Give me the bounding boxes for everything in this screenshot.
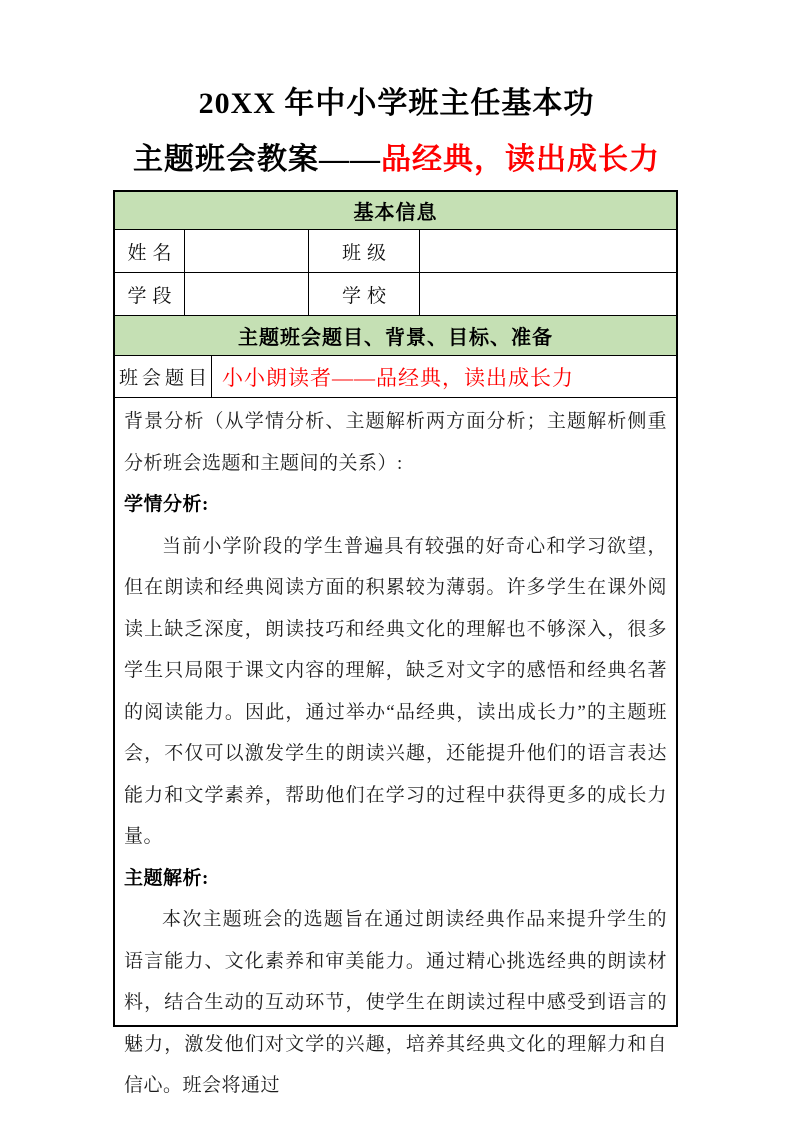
name-label: 姓名 xyxy=(115,230,185,272)
stage-label: 学段 xyxy=(115,273,185,315)
table-row-background-analysis: 背景分析（从学情分析、主题解析两方面分析；主题解析侧重分析班会选题和主题间的关系… xyxy=(115,398,676,1025)
subheading-theme-analysis: 主题解析: xyxy=(124,858,667,900)
background-analysis-intro: 背景分析（从学情分析、主题解析两方面分析；主题解析侧重分析班会选题和主题间的关系… xyxy=(124,401,667,484)
class-input-cell[interactable] xyxy=(420,230,676,272)
topic-value: 小小朗读者——品经典，读出成长力 xyxy=(212,356,676,397)
subheading-student-analysis: 学情分析: xyxy=(124,484,667,526)
document-page: 20XX 年中小学班主任基本功 主题班会教案——品经典，读出成长力 基本信息 姓… xyxy=(0,0,793,1122)
title-line-2-red: 品经典，读出成长力 xyxy=(381,143,660,176)
school-label: 学校 xyxy=(309,273,420,315)
section-header-topic-background-label: 主题班会题目、背景、目标、准备 xyxy=(238,321,553,350)
title-line-2-black: 主题班会教案—— xyxy=(133,143,381,176)
stage-input-cell[interactable] xyxy=(185,273,309,315)
table-row-stage-school: 学段 学校 xyxy=(115,273,676,316)
class-label: 班级 xyxy=(309,230,420,272)
paragraph-theme-analysis: 本次主题班会的选题旨在通过朗读经典作品来提升学生的语言能力、文化素养和审美能力。… xyxy=(124,899,667,1107)
section-header-topic-background: 主题班会题目、背景、目标、准备 xyxy=(115,316,676,356)
document-title: 20XX 年中小学班主任基本功 主题班会教案——品经典，读出成长力 xyxy=(0,76,793,188)
paragraph-student-analysis: 当前小学阶段的学生普遍具有较强的好奇心和学习欲望，但在朗读和经典阅读方面的积累较… xyxy=(124,526,667,858)
lesson-plan-table: 基本信息 姓名 班级 学段 学校 主题班会题目、背景、目标、准备 班会题目 小小… xyxy=(113,190,678,1027)
name-input-cell[interactable] xyxy=(185,230,309,272)
title-line-1: 20XX 年中小学班主任基本功 xyxy=(0,76,793,132)
school-input-cell[interactable] xyxy=(420,273,676,315)
table-row-name-class: 姓名 班级 xyxy=(115,230,676,273)
table-row-topic: 班会题目 小小朗读者——品经典，读出成长力 xyxy=(115,356,676,398)
title-line-2: 主题班会教案——品经典，读出成长力 xyxy=(0,132,793,188)
topic-label: 班会题目 xyxy=(115,356,212,397)
section-header-basic-info-label: 基本信息 xyxy=(354,196,438,225)
section-header-basic-info: 基本信息 xyxy=(115,192,676,230)
background-analysis-cell: 背景分析（从学情分析、主题解析两方面分析；主题解析侧重分析班会选题和主题间的关系… xyxy=(115,398,676,1025)
